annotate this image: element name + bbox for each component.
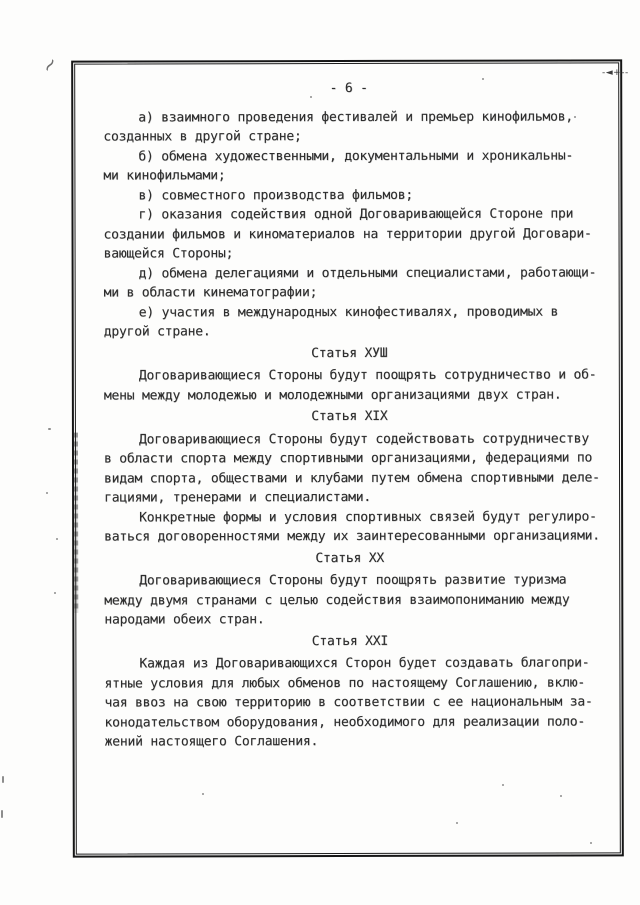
text-line: Договаривающиеся Стороны будут содейство…: [104, 429, 595, 450]
scan-background: ~ -◄+-- - 6 - а) взаимного проведения фе…: [0, 0, 640, 905]
list-item: а) взаимного проведения фестивалей и пре…: [103, 107, 594, 147]
list-item: в) совместного производства фильмов;: [103, 185, 594, 206]
text-line: создании фильмов и киноматериалов на тер…: [104, 224, 595, 245]
text-line: созданных в другой стране;: [103, 126, 594, 147]
text-line: между двумя странами с целью содействия …: [104, 590, 595, 611]
text-line: Договаривающиеся Стороны будут поощрять …: [104, 365, 595, 386]
page-border-frame: - 6 - а) взаимного проведения фестивалей…: [71, 59, 624, 857]
page-number: - 6 -: [103, 78, 594, 99]
text-line: гациями, тренерами и специалистами.: [104, 487, 595, 508]
text-line: д) обмена делегациями и отдельными специ…: [104, 263, 595, 284]
text-line: ми в области кинематографии;: [104, 282, 595, 303]
scan-speck: [2, 776, 4, 783]
text-line: а) взаимного проведения фестивалей и пре…: [103, 107, 594, 128]
scanned-document-screenshot: { "page": { "number_label": "- 6 -" }, "…: [0, 0, 640, 905]
text-line: чая ввоз на свою территорию в соответств…: [104, 692, 595, 713]
text-line: другой стране.: [104, 321, 595, 342]
text-line: Конкретные формы и условия спортивных св…: [104, 507, 595, 528]
text-line: вающейся Стороны;: [104, 243, 595, 264]
text-line: народами обеих стран.: [104, 609, 595, 630]
document-body: а) взаимного проведения фестивалей и пре…: [103, 107, 595, 752]
article-heading: Статья XXI: [104, 631, 595, 652]
paragraph: Договаривающиеся Стороны будут поощрять …: [104, 365, 595, 405]
document-content: - 6 - а) взаимного проведения фестивалей…: [75, 63, 620, 853]
text-line: ваться договоренностями между их заинтер…: [104, 526, 595, 547]
article-heading: Статья ХУШ: [104, 343, 595, 364]
margin-arrow-mark: -◄+--: [602, 68, 640, 78]
text-line: мены между молодежью и молодежными орган…: [104, 385, 595, 406]
list-item: д) обмена делегациями и отдельными специ…: [104, 263, 595, 303]
text-line: г) оказания содействия одной Договариваю…: [103, 204, 594, 225]
text-line: Договаривающиеся Стороны будут поощрять …: [104, 570, 595, 591]
text-line: б) обмена художественными, документальны…: [103, 146, 594, 167]
text-line: е) участия в международных кинофестиваля…: [104, 302, 595, 323]
list-item: б) обмена художественными, документальны…: [103, 146, 594, 186]
text-line: ятные условия для любых обменов по насто…: [104, 673, 595, 694]
paragraph: Договаривающиеся Стороны будут содейство…: [104, 429, 595, 508]
text-line: Каждая из Договаривающихся Сторон будет …: [104, 653, 595, 674]
paragraph: Договаривающиеся Стороны будут поощрять …: [104, 570, 595, 630]
scan-speck: [56, 538, 58, 540]
scan-speck: [54, 592, 56, 594]
article-heading: Статья XIX: [104, 406, 595, 427]
list-item: е) участия в международных кинофестиваля…: [104, 302, 595, 342]
text-line: в) совместного производства фильмов;: [103, 185, 594, 206]
scan-speck: [1, 810, 3, 818]
handwritten-tick-mark: ~: [36, 52, 63, 78]
text-line: в области спорта между спортивными орган…: [104, 448, 595, 469]
paragraph: Каждая из Договаривающихся Сторон будет …: [104, 653, 595, 752]
text-line: ми кинофильмами;: [103, 165, 594, 186]
list-item: г) оказания содействия одной Договариваю…: [103, 204, 594, 264]
scan-speck: [46, 492, 48, 494]
scan-speck: [48, 428, 51, 430]
text-line: видам спорта, обществами и клубами путем…: [104, 468, 595, 489]
paragraph: Конкретные формы и условия спортивных св…: [104, 507, 595, 547]
text-line: жений настоящего Соглашения.: [105, 731, 596, 752]
article-heading: Статья XX: [104, 548, 595, 569]
text-line: конодательством оборудования, необходимо…: [105, 712, 596, 733]
